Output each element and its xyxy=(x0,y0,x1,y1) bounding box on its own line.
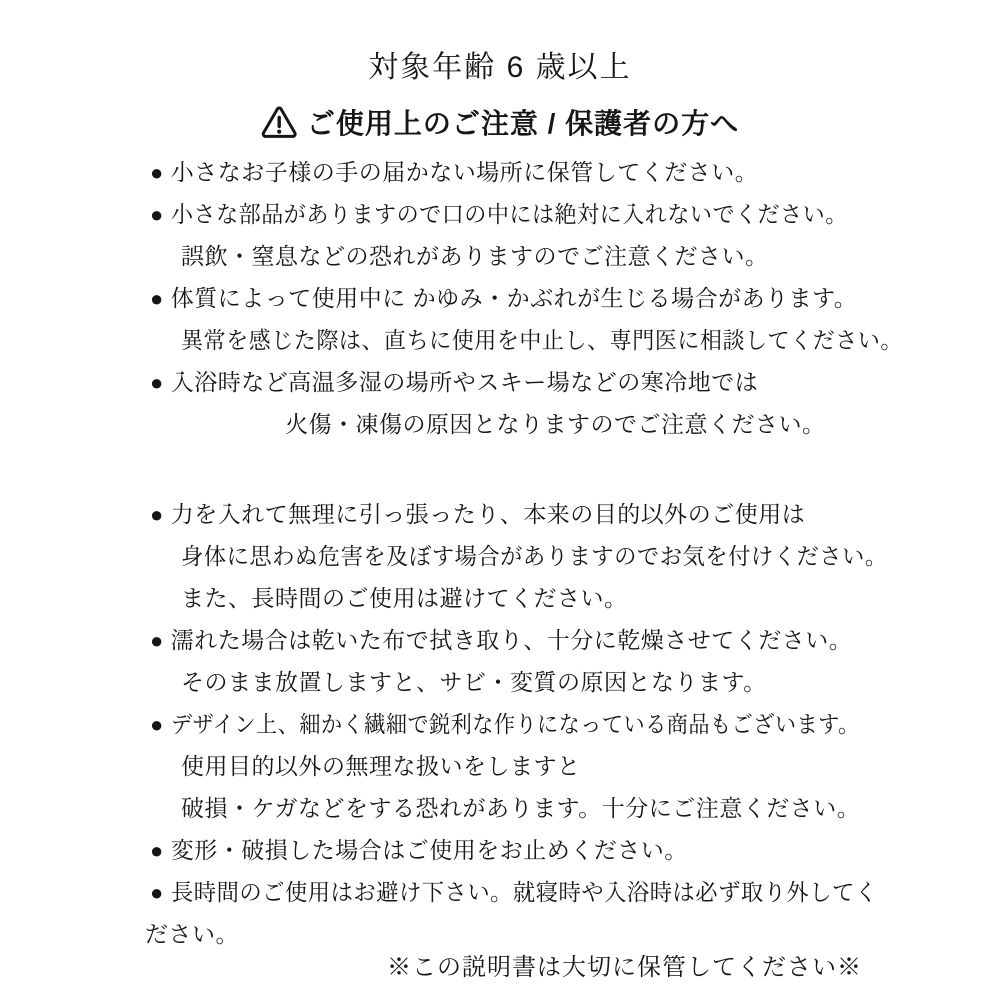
notice-text: 誤飲・窒息などの恐れがありますのでご注意ください。 xyxy=(181,235,769,277)
notice-text: そのまま放置しますと、サビ・変質の原因となります。 xyxy=(181,661,767,703)
notice-line: ● 小さな部品がありますので口の中には絶対に入れないでください。 xyxy=(0,193,1000,235)
warning-title: ご使用上のご注意 / 保護者の方へ xyxy=(307,102,739,142)
notice-text: 使用目的以外の無理な扱いをしますと xyxy=(181,745,581,787)
bullet-icon: ● xyxy=(150,494,164,536)
notice-text: 変形・破損した場合はご使用をお止めください。 xyxy=(171,829,688,871)
notice-text: 小さな部品がありますので口の中には絶対に入れないでください。 xyxy=(171,193,848,235)
age-notice: 対象年齢 6 歳以上 xyxy=(0,0,1000,86)
notice-line: ● 体質によって使用中に かゆみ・かぶれが生じる場合があります。 xyxy=(0,277,1000,319)
notice-text: 身体に思わぬ危害を及ぼす場合がありますのでお気を付けください。 xyxy=(181,535,888,577)
notice-line: ● 小さなお子様の手の届かない場所に保管してください。 xyxy=(0,151,1000,193)
notice-text: 体質によって使用中に かゆみ・かぶれが生じる場合があります。 xyxy=(171,277,858,319)
notice-text: 力を入れて無理に引っ張ったり、本来の目的以外のご使用は xyxy=(171,493,806,535)
notice-line: 破損・ケガなどをする恐れがあります。十分にご注意ください。 xyxy=(0,787,1000,829)
notice-text: 入浴時など高温多湿の場所やスキー場などの寒冷地では xyxy=(171,361,759,403)
notice-text: また、長時間のご使用は避けてください。 xyxy=(181,577,628,619)
notice-line: ● 濡れた場合は乾いた布で拭き取り、十分に乾燥させてください。 xyxy=(0,619,1000,661)
notice-text: 濡れた場合は乾いた布で拭き取り、十分に乾燥させてください。 xyxy=(171,619,853,661)
notice-line: ● 変形・破損した場合はご使用をお止めください。 xyxy=(0,829,1000,871)
notice-line: また、長時間のご使用は避けてください。 xyxy=(0,577,1000,619)
bullet-icon: ● xyxy=(150,152,164,194)
notice-line: ● 長時間のご使用はお避け下さい。就寝時や入浴時は必ず取り外してく xyxy=(0,871,1000,913)
notice-list: ● 小さなお子様の手の届かない場所に保管してください。 ● 小さな部品があります… xyxy=(0,151,1000,955)
notice-text: 小さなお子様の手の届かない場所に保管してください。 xyxy=(171,151,759,193)
notice-text: 長時間のご使用はお避け下さい。就寝時や入浴時は必ず取り外してく xyxy=(171,871,878,913)
warning-heading: ご使用上のご注意 / 保護者の方へ xyxy=(0,102,1000,142)
bullet-icon: ● xyxy=(150,620,164,662)
notice-line: ● 入浴時など高温多湿の場所やスキー場などの寒冷地では xyxy=(0,361,1000,403)
notice-line: そのまま放置しますと、サビ・変質の原因となります。 xyxy=(0,661,1000,703)
bullet-icon: ● xyxy=(150,362,164,404)
bullet-icon: ● xyxy=(150,872,164,914)
notice-text: ださい。 xyxy=(145,913,239,955)
notice-text: 異常を感じた際は、直ちに使用を中止し、専門医に相談してください。 xyxy=(181,319,903,361)
warning-triangle-icon xyxy=(261,106,297,139)
notice-line: 火傷・凍傷の原因となりますのでご注意ください。 xyxy=(0,403,1000,445)
notice-line: ● 力を入れて無理に引っ張ったり、本来の目的以外のご使用は xyxy=(0,493,1000,535)
instruction-sheet: 対象年齢 6 歳以上 ご使用上のご注意 / 保護者の方へ ● 小さなお子様の手の… xyxy=(0,0,1000,1000)
notice-line: 身体に思わぬ危害を及ぼす場合がありますのでお気を付けください。 xyxy=(0,535,1000,577)
notice-text: 破損・ケガなどをする恐れがあります。十分にご注意ください。 xyxy=(181,787,860,829)
bullet-icon: ● xyxy=(150,194,164,236)
bullet-icon: ● xyxy=(150,830,164,872)
notice-line: 使用目的以外の無理な扱いをしますと xyxy=(0,745,1000,787)
storage-note: ※この説明書は大切に保管してください※ xyxy=(387,947,862,982)
bullet-icon: ● xyxy=(150,278,164,320)
notice-line: 誤飲・窒息などの恐れがありますのでご注意ください。 xyxy=(0,235,1000,277)
notice-text: 火傷・凍傷の原因となりますのでご注意ください。 xyxy=(285,403,826,445)
notice-line: ● デザイン上、細かく繊細で鋭利な作りになっている商品もございます。 xyxy=(0,703,1000,745)
notice-text: デザイン上、細かく繊細で鋭利な作りになっている商品もございます。 xyxy=(171,703,860,745)
bullet-icon: ● xyxy=(150,704,164,746)
notice-line: 異常を感じた際は、直ちに使用を中止し、専門医に相談してください。 xyxy=(0,319,1000,361)
